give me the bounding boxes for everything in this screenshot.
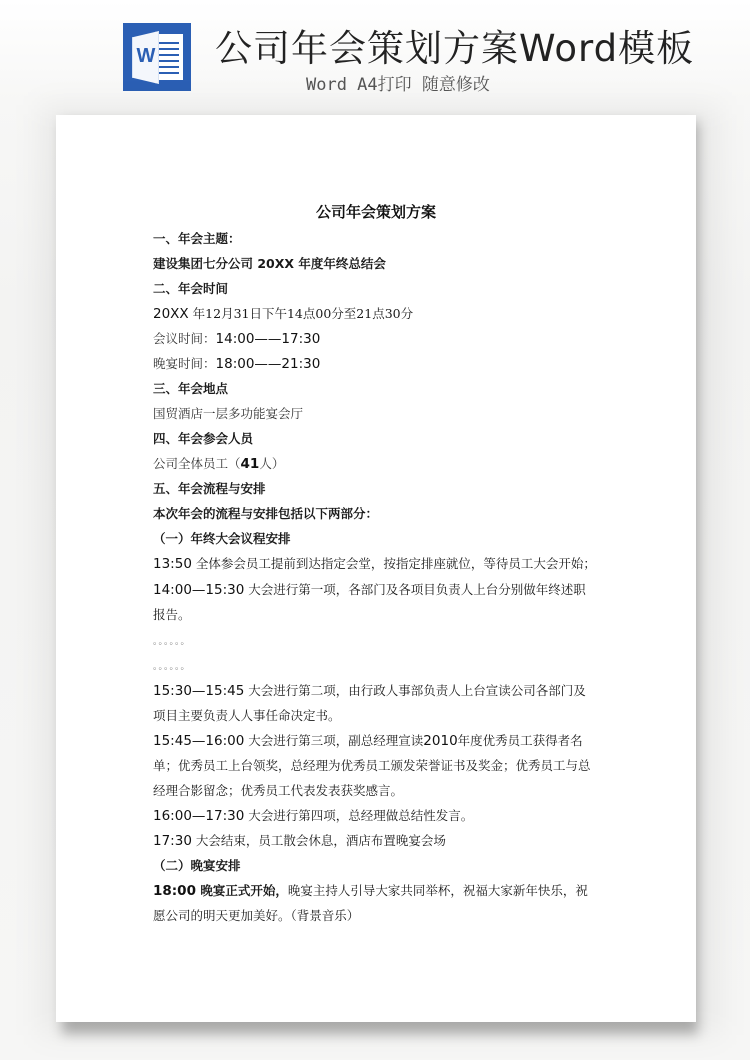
time-text: 20XX 年12月31日下午14点00分至21点30分 xyxy=(153,306,413,322)
year: 20XX xyxy=(153,306,189,322)
dinner-time-start: 18:00 xyxy=(153,883,196,899)
ellipsis-line: 。。。。。。 xyxy=(153,659,191,675)
attendees-text: 公司全体员工（41人） xyxy=(153,456,284,472)
banner-subtitle: Word A4打印 随意修改 xyxy=(306,70,490,95)
ellipsis-line: 。。。。。。 xyxy=(153,634,191,650)
agenda-item-1545: 15:45—16:00 大会进行第三项，副总经理宣读2010年度优秀员工获得者名 xyxy=(153,733,583,749)
dinner-start-label: 晚宴正式开始， xyxy=(196,883,288,898)
agenda-time: 15:45—16:00 xyxy=(153,733,244,749)
template-header: W 公司年会策划方案Word模板 Word A4打印 随意修改 xyxy=(0,0,750,110)
attendees-suffix: 人） xyxy=(259,456,284,471)
heading-location: 三、年会地点 xyxy=(153,381,228,397)
heading-attendees: 四、年会参会人员 xyxy=(153,431,253,447)
agenda-item-1530: 15:30—15:45 大会进行第二项，由行政人事部负责人上台宣读公司各部门及 xyxy=(153,683,586,699)
attendee-count: 41 xyxy=(241,456,260,472)
dinner-desc: 晚宴主持人引导大家共同举杯，祝福大家新年快乐，祝 xyxy=(288,883,588,898)
word-icon: W xyxy=(123,23,191,91)
agenda-item-1730: 17:30 大会结束，员工散会休息，酒店布置晚宴会场 xyxy=(153,833,446,849)
attendees-label: 公司全体员工（ xyxy=(153,456,241,471)
theme-text: 建设集团七分公司 20XX 年度年终总结会 xyxy=(153,256,386,272)
meeting-time-label: 会议时间： xyxy=(153,331,216,346)
location-text: 国贸酒店一层多功能宴会厅 xyxy=(153,406,303,422)
agenda-time: 17:30 xyxy=(153,833,192,849)
agenda-time: 14:00—15:30 xyxy=(153,582,244,598)
dinner-time-label: 晚宴时间： xyxy=(153,356,216,371)
agenda-time: 13:50 xyxy=(153,556,192,572)
agenda-intro: 本次年会的流程与安排包括以下两部分： xyxy=(153,506,378,522)
dinner-item-1800-cont: 愿公司的明天更加美好。（背景音乐） xyxy=(153,908,359,924)
agenda-item-1600: 16:00—17:30 大会进行第四项，总经理做总结性发言。 xyxy=(153,808,473,824)
agenda-desc: 大会进行第四项，总经理做总结性发言。 xyxy=(244,808,473,823)
document-page: 公司年会策划方案 一、年会主题： 建设集团七分公司 20XX 年度年终总结会 二… xyxy=(56,115,696,1022)
meeting-time-value: 14:00——17:30 xyxy=(216,331,321,347)
heading-time: 二、年会时间 xyxy=(153,281,228,297)
agenda-item-1545-cont1: 单；优秀员工上台领奖，总经理为优秀员工颁发荣誉证书及奖金；优秀员工与总 xyxy=(153,758,591,774)
word-letter: W xyxy=(134,45,158,68)
agenda-desc: 全体参会员工提前到达指定会堂，按指定排座就位，等待员工大会开始； xyxy=(192,556,596,571)
agenda-time: 15:30—15:45 xyxy=(153,683,244,699)
agenda-item-1400-cont: 报告。 xyxy=(153,607,191,623)
subheading-dinner: （二）晚宴安排 xyxy=(153,858,241,874)
agenda-desc: 大会进行第三项，副总经理宣读 xyxy=(244,733,423,748)
dinner-time-value: 18:00——21:30 xyxy=(216,356,321,372)
agenda-desc: 大会进行第一项，各部门及各项目负责人上台分别做年终述职 xyxy=(244,582,585,597)
subheading-meeting: （一）年终大会议程安排 xyxy=(153,531,291,547)
agenda-item-1545-cont2: 经理合影留念；优秀员工代表发表获奖感言。 xyxy=(153,783,403,799)
dinner-time: 晚宴时间：18:00——21:30 xyxy=(153,356,320,372)
agenda-desc: 大会结束，员工散会休息，酒店布置晚宴会场 xyxy=(192,833,446,848)
banner-title: 公司年会策划方案Word模板 xyxy=(215,18,694,72)
agenda-item-1530-cont: 项目主要负责人人事任命决定书。 xyxy=(153,708,341,724)
agenda-item-1350: 13:50 全体参会员工提前到达指定会堂，按指定排座就位，等待员工大会开始； xyxy=(153,556,596,572)
agenda-desc-cont: 年度优秀员工获得者名 xyxy=(458,733,583,748)
agenda-desc: 大会进行第二项，由行政人事部负责人上台宣读公司各部门及 xyxy=(244,683,585,698)
award-year: 2010 xyxy=(423,733,457,749)
document-title: 公司年会策划方案 xyxy=(56,201,696,222)
time-detail: 年12月31日下午14点00分至21点30分 xyxy=(189,306,413,321)
heading-theme: 一、年会主题： xyxy=(153,231,241,247)
dinner-item-1800: 18:00 晚宴正式开始，晚宴主持人引导大家共同举杯，祝福大家新年快乐，祝 xyxy=(153,883,588,899)
agenda-time: 16:00—17:30 xyxy=(153,808,244,824)
meeting-time: 会议时间：14:00——17:30 xyxy=(153,331,320,347)
heading-agenda: 五、年会流程与安排 xyxy=(153,481,266,497)
agenda-item-1400: 14:00—15:30 大会进行第一项，各部门及各项目负责人上台分别做年终述职 xyxy=(153,582,586,598)
